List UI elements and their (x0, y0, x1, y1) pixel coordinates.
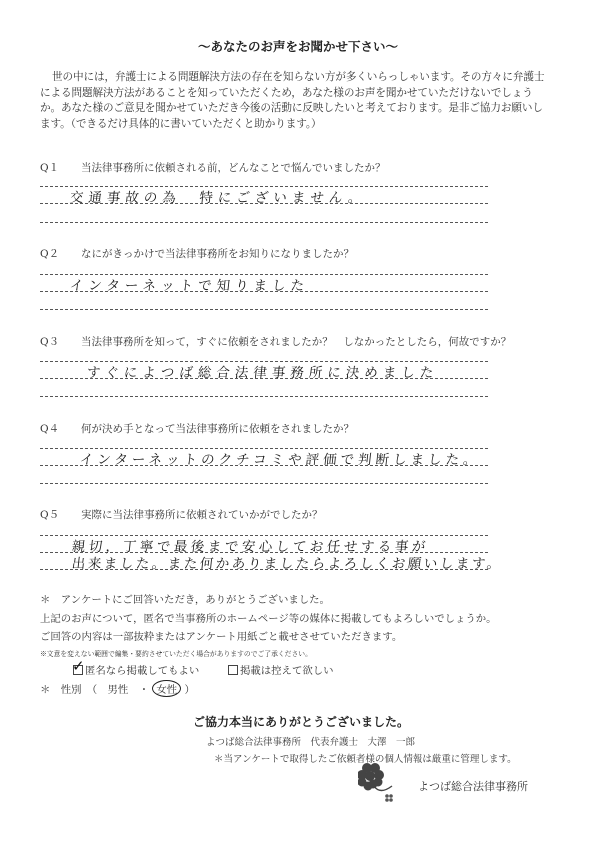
anonymous-checkbox[interactable]: ✓ (73, 665, 83, 675)
question-1-text: 当法律事務所に依頼される前，どんなことで悩んでいましたか？ (81, 160, 386, 175)
intro-line: による問題解決方法があることを知っていただくため，あなた様のお声を聞かせていただ… (40, 86, 530, 102)
question-4-text: 何が決め手となって当法律事務所に依頼をされましたか？ (81, 421, 354, 436)
question-2-text: なにがきっかけで当法律事務所をお知りになりましたか？ (81, 246, 354, 261)
office-signature: よつば総合法律事務所 代表弁護士 大澤 一郎 (206, 734, 415, 748)
checkmark-icon: ✓ (72, 657, 85, 675)
question-2-answer: インターネットで知りました (69, 274, 310, 294)
option-anonymous[interactable]: ✓匿名なら掲載してもよい (73, 662, 199, 677)
footer-thanks: ご協力本当にありがとうございました。 (193, 713, 409, 730)
gender-row: ＊ 性別 （ 男性 ・ 女性 ） (40, 680, 195, 697)
answer-line (40, 483, 488, 484)
thanks-note: ＊ アンケートにご回答いただき，ありがとうございました。 (40, 591, 330, 606)
consent-question: 上記のお声について，匿名で当事務所のホームページ等の媒体に掲載してもよろしいでし… (40, 610, 497, 625)
answer-line (40, 222, 488, 223)
question-2-number: Q２ (40, 246, 59, 261)
page-title: 〜あなたのお声をお聞かせ下さい〜 (0, 37, 596, 55)
question-5-text: 実際に当法律事務所に依頼されていかがでしたか？ (81, 507, 323, 522)
question-3-number: Q３ (40, 334, 59, 349)
option-decline-label: 掲載は控えて欲しい (240, 665, 334, 677)
gender-label: ＊ 性別 （ 男性 ・ (40, 684, 149, 696)
answer-line (40, 309, 488, 310)
intro-line: か。あなた様のご意見を聞かせていただき今後の活動に反映したいと考えております。是… (40, 101, 530, 117)
question-4-number: Q４ (40, 421, 59, 436)
question-4-answer: インターネットのクチコミや評価で判断しました。 (79, 448, 482, 468)
question-5-answer-line-2: 出来ました。また何かありましたらよろしくお願いします。 (71, 552, 504, 572)
question-1-number: Q１ (40, 160, 59, 175)
gender-female-selected[interactable]: 女性 (152, 680, 181, 697)
brand-name: よつば総合法律事務所 (418, 778, 528, 794)
answer-line (40, 396, 488, 397)
question-3-text: 当法律事務所を知って，すぐに依頼をされましたか？ しなかったとしたら，何故ですか… (81, 334, 511, 349)
question-1-answer: 交通事故の為 特にございません。 (69, 186, 368, 206)
question-5-number: Q５ (40, 507, 59, 522)
intro-line: 世の中には，弁護士による問題解決方法の存在を知らない方が多くいらっしゃいます。そ… (40, 70, 530, 86)
intro-line: ます。（できるだけ具体的に書いていただくと助かります。） (40, 117, 530, 133)
question-3-answer: すぐによつば総合法律事務所に決めました (86, 361, 440, 381)
option-anonymous-label: 匿名なら掲載してもよい (85, 665, 199, 677)
intro-paragraph: 世の中には，弁護士による問題解決方法の存在を知らない方が多くいらっしゃいます。そ… (40, 70, 530, 132)
consent-detail: ご回答の内容は一部抜粋またはアンケート用紙ごと載せさせていただきます。 (40, 628, 402, 643)
decline-checkbox[interactable] (228, 665, 238, 675)
option-decline[interactable]: 掲載は控えて欲しい (228, 662, 334, 677)
four-leaf-clover-icon (358, 762, 410, 804)
gender-close-paren: ） (185, 684, 195, 696)
